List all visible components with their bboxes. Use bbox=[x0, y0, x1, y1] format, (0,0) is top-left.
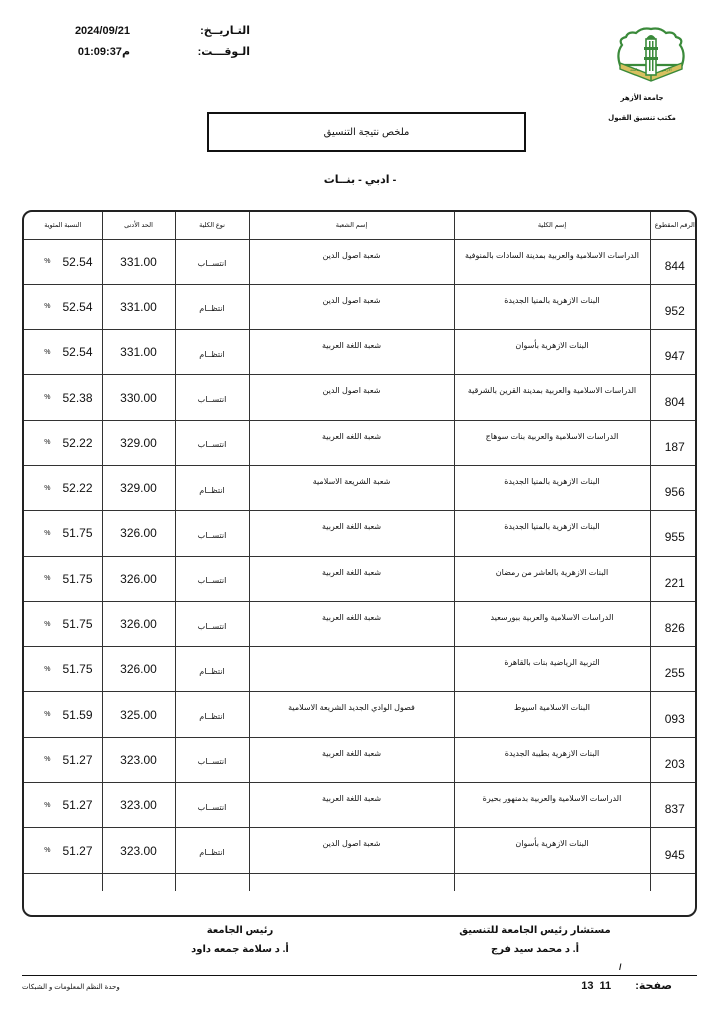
cell-code: 952 bbox=[650, 284, 697, 329]
percent-sign: % bbox=[44, 439, 50, 446]
signature-title: رئيس الجامعة bbox=[140, 925, 340, 936]
time-value: 01:09:37م bbox=[40, 45, 130, 58]
percentage-value: 51.75 bbox=[62, 662, 92, 676]
cell-college-name: البنات الازهرية بالمنيا الجديدة bbox=[454, 465, 650, 510]
cell-branch-name: شعبة اصول الدين bbox=[249, 375, 454, 420]
percentage-value: 52.54 bbox=[62, 300, 92, 314]
cell-college-name: الدراسات الاسلامية والعربية بمدينة الساد… bbox=[454, 239, 650, 284]
cell-college-name: البنات الازهرية بأسوان bbox=[454, 828, 650, 873]
cell-college-type: انتظــام bbox=[175, 330, 249, 375]
cell-percentage: %51.27 bbox=[24, 737, 102, 782]
percent-sign: % bbox=[44, 530, 50, 537]
signature-university-president: رئيس الجامعة أ. د سلامة جمعه داود bbox=[140, 925, 340, 955]
percent-sign: % bbox=[44, 349, 50, 356]
percent-sign: % bbox=[44, 802, 50, 809]
page-total: 13 bbox=[581, 980, 593, 992]
footer-divider bbox=[22, 975, 697, 976]
cell-college-name: الدراسات الاسلامية والعربية بدمنهور بحير… bbox=[454, 783, 650, 828]
filler-cell bbox=[249, 873, 454, 891]
table-row: %51.59 325.00 انتظــام فصول الوادي الجدي… bbox=[24, 692, 697, 737]
table-row: %51.75 326.00 انتســاب شعبة اللغة العربي… bbox=[24, 511, 697, 556]
percentage-value: 52.22 bbox=[62, 481, 92, 495]
percent-sign: % bbox=[44, 711, 50, 718]
percentage-value: 51.27 bbox=[62, 753, 92, 767]
results-table: النسبة المئوية الحد الأدنى نوع الكلية إس… bbox=[24, 212, 697, 891]
table-row: %52.38 330.00 انتســاب شعبة اصول الدين ا… bbox=[24, 375, 697, 420]
percent-sign: % bbox=[44, 666, 50, 673]
cell-college-type: انتســاب bbox=[175, 601, 249, 646]
percent-sign: % bbox=[44, 303, 50, 310]
cell-college-type: انتظــام bbox=[175, 647, 249, 692]
percent-sign: % bbox=[44, 756, 50, 763]
cell-branch-name: شعبة اللغة العربية bbox=[249, 330, 454, 375]
svg-text:الأزهر: الأزهر bbox=[661, 67, 672, 72]
cell-branch-name: شعبة اصول الدين bbox=[249, 239, 454, 284]
table-row: %51.27 323.00 انتظــام شعبة اصول الدين ا… bbox=[24, 828, 697, 873]
col-header-branch-name: إسم الشعبة bbox=[249, 212, 454, 239]
signature-coordination-advisor: مستشار رئيس الجامعة للتنسيق أ. د محمد سي… bbox=[435, 925, 635, 955]
table-row: %52.22 329.00 انتســاب شعبة اللغه العربي… bbox=[24, 420, 697, 465]
col-header-percentage: النسبة المئوية bbox=[24, 212, 102, 239]
percentage-value: 52.54 bbox=[62, 345, 92, 359]
cell-min-score: 329.00 bbox=[102, 420, 175, 465]
cell-code: 093 bbox=[650, 692, 697, 737]
cell-min-score: 323.00 bbox=[102, 737, 175, 782]
cell-college-type: انتظــام bbox=[175, 284, 249, 329]
table-row: %51.27 323.00 انتســاب شعبة اللغة العربي… bbox=[24, 737, 697, 782]
page-title-box: ملخص نتيجة التنسيق bbox=[207, 112, 526, 152]
cell-min-score: 331.00 bbox=[102, 239, 175, 284]
percentage-value: 51.27 bbox=[62, 844, 92, 858]
cell-min-score: 326.00 bbox=[102, 556, 175, 601]
page-current: 11 bbox=[600, 980, 612, 992]
col-header-code: الرقم المقطوع bbox=[650, 212, 697, 239]
cell-code: 187 bbox=[650, 420, 697, 465]
cell-college-name: التربية الرياضية بنات بالقاهرة bbox=[454, 647, 650, 692]
cell-percentage: %51.27 bbox=[24, 828, 102, 873]
percent-sign: % bbox=[44, 485, 50, 492]
cell-branch-name: شعبة اللغة العربية bbox=[249, 556, 454, 601]
cell-branch-name: شعبة اللغه العربية bbox=[249, 420, 454, 465]
cell-branch-name bbox=[249, 647, 454, 692]
cell-college-type: انتظــام bbox=[175, 828, 249, 873]
cell-branch-name: فصول الوادي الجديد الشريعة الاسلامية bbox=[249, 692, 454, 737]
cell-percentage: %51.75 bbox=[24, 556, 102, 601]
cell-college-type: انتســاب bbox=[175, 239, 249, 284]
cell-percentage: %52.38 bbox=[24, 375, 102, 420]
cell-min-score: 326.00 bbox=[102, 511, 175, 556]
cell-college-type: انتســاب bbox=[175, 737, 249, 782]
percentage-value: 51.75 bbox=[62, 617, 92, 631]
cell-min-score: 331.00 bbox=[102, 330, 175, 375]
percent-sign: % bbox=[44, 394, 50, 401]
time-label: الـوقـــت: bbox=[180, 45, 250, 58]
cell-percentage: %52.54 bbox=[24, 284, 102, 329]
cell-college-name: الدراسات الاسلامية والعربية ببورسعيد bbox=[454, 601, 650, 646]
cell-percentage: %52.54 bbox=[24, 239, 102, 284]
cell-college-name: البنات الاسلامية اسيوط bbox=[454, 692, 650, 737]
results-table-frame: النسبة المئوية الحد الأدنى نوع الكلية إس… bbox=[22, 210, 697, 917]
page-indicator: 13 11 صفحة: bbox=[581, 979, 672, 992]
cell-code: 255 bbox=[650, 647, 697, 692]
cell-code: 844 bbox=[650, 239, 697, 284]
cell-code: 955 bbox=[650, 511, 697, 556]
cell-branch-name: شعبة الشريعة الاسلامية bbox=[249, 465, 454, 510]
signature-name: أ. د محمد سيد فرج bbox=[435, 944, 635, 955]
cell-college-name: البنات الازهرية بأسوان bbox=[454, 330, 650, 375]
cell-college-type: انتســاب bbox=[175, 556, 249, 601]
cell-college-type: انتســاب bbox=[175, 375, 249, 420]
filler-cell bbox=[454, 873, 650, 891]
document-meta: 2024/09/21 التـاريــخ: 01:09:37م الـوقــ… bbox=[40, 20, 250, 62]
cell-percentage: %52.54 bbox=[24, 330, 102, 375]
cell-branch-name: شعبة اصول الدين bbox=[249, 828, 454, 873]
page-label: صفحة: bbox=[635, 979, 672, 992]
cell-branch-name: شعبة اللغة العربية bbox=[249, 737, 454, 782]
time-row: 01:09:37م الـوقـــت: bbox=[40, 41, 250, 62]
cell-code: 203 bbox=[650, 737, 697, 782]
page-title: ملخص نتيجة التنسيق bbox=[324, 127, 410, 138]
percent-sign: % bbox=[44, 621, 50, 628]
svg-text:جامعة: جامعة bbox=[630, 67, 640, 72]
cell-min-score: 323.00 bbox=[102, 828, 175, 873]
cell-min-score: 326.00 bbox=[102, 601, 175, 646]
cell-min-score: 326.00 bbox=[102, 647, 175, 692]
table-row: %51.75 326.00 انتظــام التربية الرياضية … bbox=[24, 647, 697, 692]
cell-min-score: 331.00 bbox=[102, 284, 175, 329]
cell-percentage: %51.59 bbox=[24, 692, 102, 737]
cell-percentage: %52.22 bbox=[24, 420, 102, 465]
cell-branch-name: شعبة اللغه العربية bbox=[249, 601, 454, 646]
signature-name: أ. د سلامة جمعه داود bbox=[140, 944, 340, 955]
cell-college-name: البنات الازهرية بالمنيا الجديدة bbox=[454, 511, 650, 556]
percentage-value: 52.22 bbox=[62, 436, 92, 450]
percentage-value: 51.59 bbox=[62, 708, 92, 722]
percentage-value: 52.54 bbox=[62, 255, 92, 269]
signature-title: مستشار رئيس الجامعة للتنسيق bbox=[435, 925, 635, 936]
table-row: %52.54 331.00 انتظــام شعبة اللغة العربي… bbox=[24, 330, 697, 375]
cell-code: 804 bbox=[650, 375, 697, 420]
cell-branch-name: شعبة اصول الدين bbox=[249, 284, 454, 329]
cell-min-score: 329.00 bbox=[102, 465, 175, 510]
percent-sign: % bbox=[44, 258, 50, 265]
table-row: %52.54 331.00 انتســاب شعبة اصول الدين ا… bbox=[24, 239, 697, 284]
date-label: التـاريــخ: bbox=[180, 24, 250, 37]
cell-percentage: %51.27 bbox=[24, 783, 102, 828]
cell-code: 947 bbox=[650, 330, 697, 375]
filler-cell bbox=[175, 873, 249, 891]
section-subtitle: - ادبي - بنــات bbox=[0, 173, 720, 186]
page-separator: / bbox=[619, 962, 622, 972]
table-row: %51.27 323.00 انتســاب شعبة اللغة العربي… bbox=[24, 783, 697, 828]
table-row: %51.75 326.00 انتســاب شعبة اللغه العربي… bbox=[24, 601, 697, 646]
org-name: جامعة الأزهر bbox=[592, 94, 692, 102]
filler-cell bbox=[24, 873, 102, 891]
office-name: مكتب تنسيق القبول bbox=[592, 114, 692, 122]
cell-college-name: الدراسات الاسلامية والعربية بنات سوهاج bbox=[454, 420, 650, 465]
percentage-value: 51.27 bbox=[62, 798, 92, 812]
cell-college-type: انتســاب bbox=[175, 783, 249, 828]
footer-unit-name: وحدة النظم المعلومات و الشبكات bbox=[22, 983, 120, 991]
cell-branch-name: شعبة اللغة العربية bbox=[249, 783, 454, 828]
cell-percentage: %52.22 bbox=[24, 465, 102, 510]
cell-code: 826 bbox=[650, 601, 697, 646]
cell-min-score: 330.00 bbox=[102, 375, 175, 420]
date-row: 2024/09/21 التـاريــخ: bbox=[40, 20, 250, 41]
cell-code: 956 bbox=[650, 465, 697, 510]
cell-min-score: 323.00 bbox=[102, 783, 175, 828]
cell-percentage: %51.75 bbox=[24, 647, 102, 692]
cell-branch-name: شعبة اللغة العربية bbox=[249, 511, 454, 556]
percent-sign: % bbox=[44, 575, 50, 582]
cell-college-type: انتســاب bbox=[175, 420, 249, 465]
table-row: %52.54 331.00 انتظــام شعبة اصول الدين ا… bbox=[24, 284, 697, 329]
cell-code: 221 bbox=[650, 556, 697, 601]
cell-college-name: الدراسات الاسلامية والعربية بمدينة القري… bbox=[454, 375, 650, 420]
filler-cell bbox=[102, 873, 175, 891]
cell-code: 837 bbox=[650, 783, 697, 828]
cell-college-type: انتظــام bbox=[175, 465, 249, 510]
cell-percentage: %51.75 bbox=[24, 511, 102, 556]
col-header-college-type: نوع الكلية bbox=[175, 212, 249, 239]
date-value: 2024/09/21 bbox=[40, 25, 130, 37]
table-filler-row bbox=[24, 873, 697, 891]
percentage-value: 51.75 bbox=[62, 526, 92, 540]
cell-code: 945 bbox=[650, 828, 697, 873]
cell-college-name: البنات الازهرية بطيبة الجديدة bbox=[454, 737, 650, 782]
percentage-value: 52.38 bbox=[62, 391, 92, 405]
cell-percentage: %51.75 bbox=[24, 601, 102, 646]
cell-college-type: انتســاب bbox=[175, 511, 249, 556]
cell-college-type: انتظــام bbox=[175, 692, 249, 737]
table-row: %51.75 326.00 انتســاب شعبة اللغة العربي… bbox=[24, 556, 697, 601]
percent-sign: % bbox=[44, 847, 50, 854]
filler-cell bbox=[650, 873, 697, 891]
al-azhar-logo-icon: جامعة الأزهر bbox=[612, 25, 690, 83]
table-header-row: النسبة المئوية الحد الأدنى نوع الكلية إس… bbox=[24, 212, 697, 239]
percentage-value: 51.75 bbox=[62, 572, 92, 586]
col-header-college-name: إسم الكلية bbox=[454, 212, 650, 239]
cell-min-score: 325.00 bbox=[102, 692, 175, 737]
cell-college-name: البنات الازهرية بالمنيا الجديدة bbox=[454, 284, 650, 329]
table-row: %52.22 329.00 انتظــام شعبة الشريعة الاس… bbox=[24, 465, 697, 510]
cell-college-name: البنات الازهرية بالعاشر من رمضان bbox=[454, 556, 650, 601]
col-header-min-score: الحد الأدنى bbox=[102, 212, 175, 239]
